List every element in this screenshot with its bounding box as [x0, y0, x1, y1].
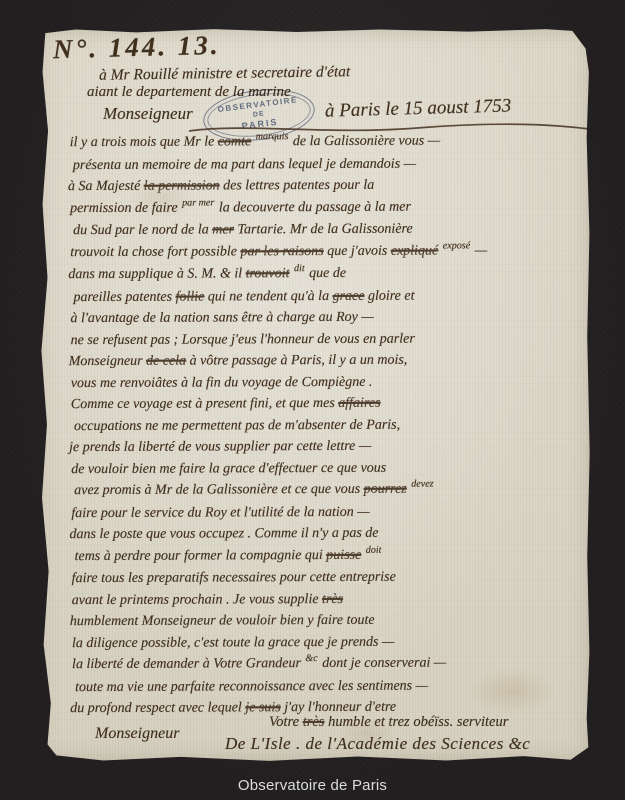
manuscript-page: N°. 144. 13. à Mr Rouillé ministre et se…: [37, 28, 590, 762]
signature: De L'Isle . de l'Académie des Sciences &…: [225, 734, 530, 754]
letter-line: toute ma vie une parfaite reconnoissance…: [75, 674, 584, 698]
letter-line: il y a trois mois que Mr le comte marqui…: [70, 130, 582, 155]
letter-line: permission de faire par mer la decouvert…: [70, 195, 582, 220]
stamp-text-middle: DE: [253, 109, 266, 119]
letter-line: je prends la liberté de vous supplier pa…: [69, 435, 583, 459]
struck-word: puisse: [326, 547, 361, 562]
dateline: à Paris le 15 aoust 1753: [325, 95, 512, 122]
letter-line: de vouloir bien me faire la grace d'effe…: [71, 456, 583, 480]
struck-word: pourrez: [364, 482, 407, 497]
letter-line: dans ma supplique à S. M. & il trouvoit …: [68, 262, 582, 287]
inserted-word: &c: [305, 649, 317, 671]
letter-line: faire pour le service du Roy et l'utilit…: [71, 500, 583, 524]
letter-line: occupations ne me permettent pas de m'ab…: [74, 413, 583, 437]
struck-word: affaires: [338, 396, 380, 411]
struck-word: très: [322, 591, 343, 606]
struck-word: mer: [212, 222, 234, 237]
struck-word: par les raisons: [240, 244, 323, 259]
letter-line: vous me renvoiâtes à la fin du voyage de…: [71, 370, 583, 394]
struck-word: expliqué: [391, 243, 438, 258]
struck-word: grace: [333, 288, 365, 303]
struck-word: très: [303, 714, 325, 730]
letter-line: humblement Monseigneur de vouloir bien y…: [70, 609, 584, 633]
inserted-word: dit: [294, 259, 305, 281]
letter-line: la diligence possible, c'est toute la gr…: [72, 630, 584, 654]
struck-word: trouvoit: [246, 266, 290, 281]
address-line-1: à Mr Rouillé ministre et secretaire d'ét…: [99, 63, 350, 85]
letter-line: présenta un memoire de ma part dans lequ…: [73, 152, 582, 176]
letter-line: la liberté de demander à Votre Grandeur …: [72, 652, 584, 677]
struck-word: comte: [218, 134, 252, 149]
letter-line: tems à perdre pour former la compagnie q…: [75, 543, 584, 568]
letter-line: à Sa Majesté la permission des lettres p…: [68, 174, 582, 198]
closing-salutation: Monseigneur: [95, 725, 179, 743]
letter-line: Comme ce voyage est à present fini, et q…: [71, 392, 583, 416]
letter-line: faire tous les preparatifs necessaires p…: [72, 566, 584, 590]
inserted-word: exposé: [443, 235, 471, 257]
letter-line: ne se refusent pas ; Lorsque j'eus l'hon…: [71, 327, 583, 351]
letter-line: dans le poste que vous occupez . Comme i…: [69, 522, 583, 546]
letter-line: pareilles patentes follie qui ne tendent…: [73, 284, 582, 308]
inserted-word: marquis: [256, 127, 289, 149]
struck-word: de cela: [146, 354, 186, 369]
photo-of-manuscript: N°. 144. 13. à Mr Rouillé ministre et se…: [0, 0, 625, 800]
stamp-text-top: OBSERVATOIRE: [217, 95, 298, 115]
letter-line: trouvoit la chose fort possible par les …: [70, 239, 582, 264]
struck-word: follie: [176, 289, 205, 304]
inserted-word: par mer: [182, 192, 214, 214]
inserted-word: doit: [366, 540, 382, 562]
archival-number: N°. 144. 13.: [53, 30, 221, 65]
letter-line: Monseigneur de cela à vôtre passage à Pa…: [69, 349, 583, 373]
salutation: Monseigneur: [103, 104, 193, 124]
letter-body: il y a trois mois que Mr le comte marqui…: [70, 130, 585, 720]
inserted-word: devez: [411, 474, 433, 496]
letter-line: du Sud par le nord de la mer Tartarie. M…: [73, 218, 582, 242]
letter-line: avant le printems prochain . Je vous sup…: [72, 587, 584, 611]
valediction: Votre très humble et trez obéïss. servit…: [269, 714, 508, 731]
photo-caption: Observatoire de Paris: [0, 777, 625, 794]
letter-line: à l'avantage de la nation sans être à ch…: [70, 306, 582, 330]
letter-line: avez promis à Mr de la Galissonière et c…: [74, 478, 583, 503]
